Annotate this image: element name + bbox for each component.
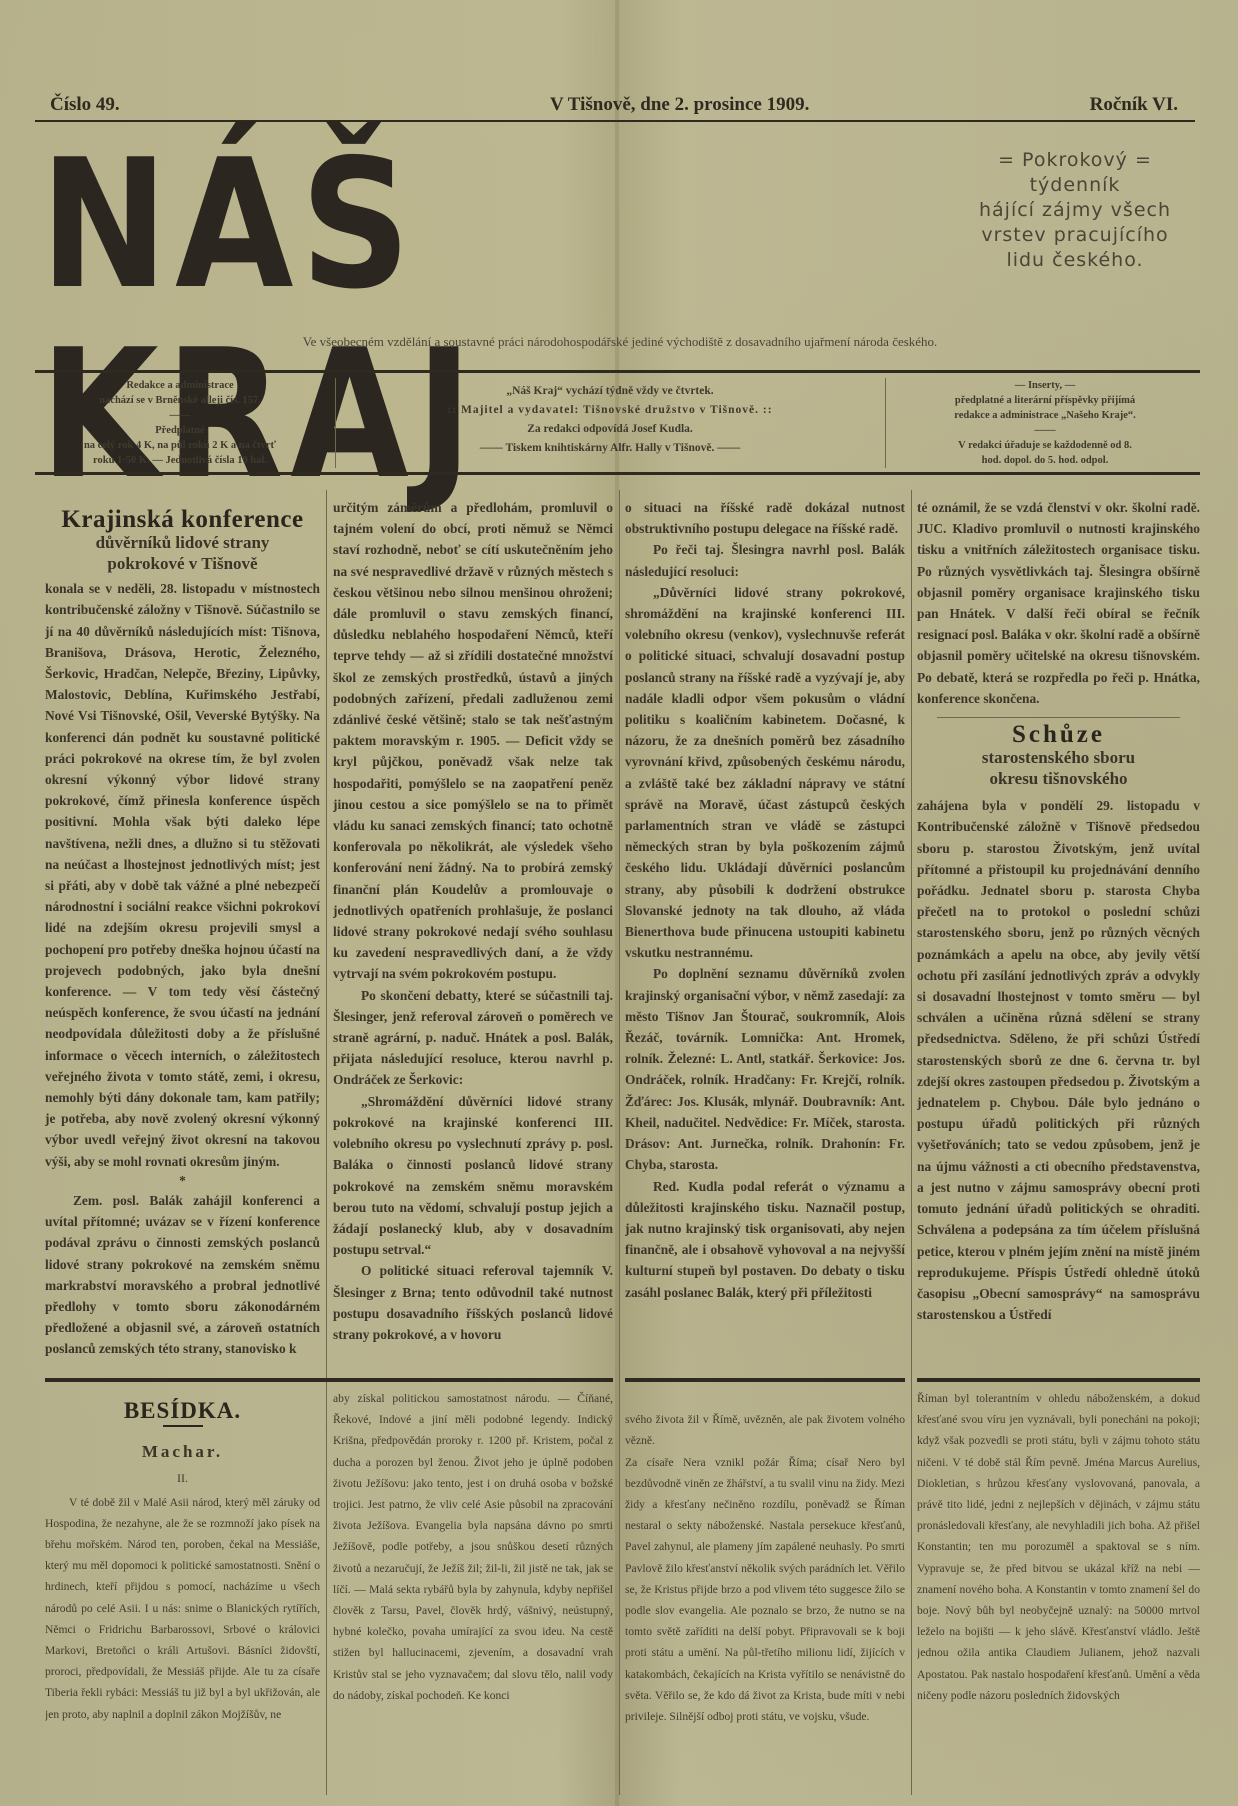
- paragraph: Zem. posl. Balák zahájil konferenci a uv…: [45, 1190, 320, 1360]
- info-line: Předplatné: [40, 423, 320, 438]
- volume-number: Ročník VI.: [1090, 94, 1178, 120]
- divider: [335, 378, 336, 468]
- paragraph: svého života žil v Římě, uvězněn, ale pa…: [625, 1409, 905, 1727]
- paragraph: Po doplnění seznamu důvěrníků zvolen kra…: [625, 963, 905, 1175]
- besidka-title: BESÍDKA.: [45, 1400, 320, 1421]
- column-divider: [619, 1385, 620, 1795]
- paragraph: V té době žil v Malé Asii národ, který m…: [45, 1492, 320, 1725]
- section-rule: [625, 1378, 905, 1382]
- paragraph: aby získal politickou samostatnost národ…: [333, 1388, 613, 1706]
- column-divider: [619, 490, 620, 1390]
- info-line: roku 1·50 K. — Jednotlivá čísla 10 hal.: [40, 453, 320, 468]
- info-line: V redakci úřaduje se každodenně od 8.: [895, 438, 1195, 453]
- article-title: Krajinská konference: [45, 509, 320, 530]
- divider: [885, 378, 886, 468]
- article-krajinska-konference-col1: Krajinská konference důvěrníků lidové st…: [45, 495, 320, 1375]
- info-line: na celý rok 4 K, na půl roku 2 K a na čt…: [40, 438, 320, 453]
- tagline: Ve všeobecném vzdělání a soustavné práci…: [150, 334, 1090, 350]
- article-separator: [937, 717, 1180, 718]
- column-divider: [911, 1385, 912, 1795]
- article-subtitle: starostenského sboru: [917, 747, 1200, 768]
- paragraph: o situaci na říšské radě dokázal nutnost…: [625, 497, 905, 539]
- info-line: „Náš Kraj“ vychází týdně vždy ve čtvrtek…: [345, 382, 875, 401]
- article-krajinska-konference-col2: určitým záměrům a předlohám, promluvil o…: [333, 497, 613, 1377]
- masthead-title: NÁŠ KRAJ: [40, 130, 814, 320]
- motto-line: lidu českého.: [940, 248, 1210, 273]
- paragraph: konala se v neděli, 28. listopadu v míst…: [45, 578, 320, 1172]
- info-line: Za redakci odpovídá Josef Kudla.: [345, 420, 875, 439]
- besidka-col2: aby získal politickou samostatnost národ…: [333, 1388, 613, 1788]
- paragraph: té oznámil, že se vzdá členství v okr. š…: [917, 497, 1200, 709]
- besidka-col3: svého života žil v Římě, uvězněn, ale pa…: [625, 1388, 905, 1788]
- info-line: ——: [895, 423, 1195, 438]
- motto: = Pokrokový = týdenník hájící zájmy všec…: [940, 148, 1210, 273]
- paragraph: zahájena byla v pondělí 29. listopadu v …: [917, 795, 1200, 1325]
- column-divider: [326, 490, 327, 1390]
- info-line: redakce a administrace „Našeho Kraje“.: [895, 408, 1195, 423]
- issue-number: Číslo 49.: [50, 94, 120, 120]
- info-line: nachází se v Brněnské alleji čís. 157.: [40, 393, 320, 408]
- section-rule: [45, 1378, 613, 1382]
- paragraph: „Shromáždění důvěrníci lidové strany pok…: [333, 1091, 613, 1261]
- info-line: Redakce a administrace: [40, 378, 320, 393]
- tagline-rule: [35, 370, 1200, 373]
- separator-star: *: [45, 1172, 320, 1190]
- motto-line: týdenník: [940, 173, 1210, 198]
- issue-line: Číslo 49. V Tišnově, dne 2. prosince 190…: [50, 94, 1178, 120]
- section-rule: [917, 1378, 1200, 1382]
- column-divider: [911, 490, 912, 1390]
- column-divider: [326, 1385, 327, 1795]
- paragraph: O politické situaci referoval tajemník V…: [333, 1260, 613, 1345]
- paragraph: určitým záměrům a předlohám, promluvil o…: [333, 497, 613, 985]
- paragraph: Red. Kudla podal referát o významu a důl…: [625, 1176, 905, 1303]
- paragraph: „Důvěrníci lidové strany pokrokové, shro…: [625, 582, 905, 964]
- info-line: hod. dopol. do 5. hod. odpol.: [895, 453, 1195, 468]
- motto-line: hájící zájmy všech: [940, 198, 1210, 223]
- besidka-col4: Říman byl tolerantním v ohledu nábožensk…: [917, 1388, 1200, 1788]
- info-left: Redakce a administrace nachází se v Brně…: [40, 378, 320, 468]
- article-column-4: té oznámil, že se vzdá členství v okr. š…: [917, 497, 1200, 1377]
- info-right: — Inserty, — předplatné a literární přís…: [895, 378, 1195, 468]
- title-underline: [163, 1425, 203, 1427]
- motto-line: = Pokrokový =: [940, 148, 1210, 173]
- info-line: :: Majitel a vydavatel: Tišnovské družst…: [345, 401, 875, 420]
- info-line: —— Tiskem knihtiskárny Alfr. Hally v Tiš…: [345, 439, 875, 458]
- info-line: — Inserty, —: [895, 378, 1195, 393]
- info-rule: [35, 472, 1200, 475]
- besidka-col1: BESÍDKA. Machar. II. V té době žil v Mal…: [45, 1390, 320, 1790]
- info-line: ——: [40, 408, 320, 423]
- paragraph: Po řeči taj. Šlesingra navrhl posl. Balá…: [625, 539, 905, 581]
- motto-line: vrstev pracujícího: [940, 223, 1210, 248]
- info-center: „Náš Kraj“ vychází týdně vždy ve čtvrtek…: [345, 378, 875, 472]
- article-krajinska-konference-col3: o situaci na říšské radě dokázal nutnost…: [625, 497, 905, 1377]
- paragraph: Po skončení debatty, které se súčastnili…: [333, 985, 613, 1091]
- article-subtitle: okresu tišnovského: [917, 768, 1200, 789]
- article-title-schuze: Schůze: [917, 724, 1200, 745]
- besidka-subtitle: Machar.: [45, 1441, 320, 1462]
- dateline: V Tišnově, dne 2. prosince 1909.: [550, 94, 809, 120]
- article-subtitle: pokrokové v Tišnově: [45, 553, 320, 574]
- article-subtitle: důvěrníků lidové strany: [45, 532, 320, 553]
- info-line: předplatné a literární příspěvky přijímá: [895, 393, 1195, 408]
- part-number: II.: [45, 1468, 320, 1489]
- paragraph: Říman byl tolerantním v ohledu nábožensk…: [917, 1388, 1200, 1706]
